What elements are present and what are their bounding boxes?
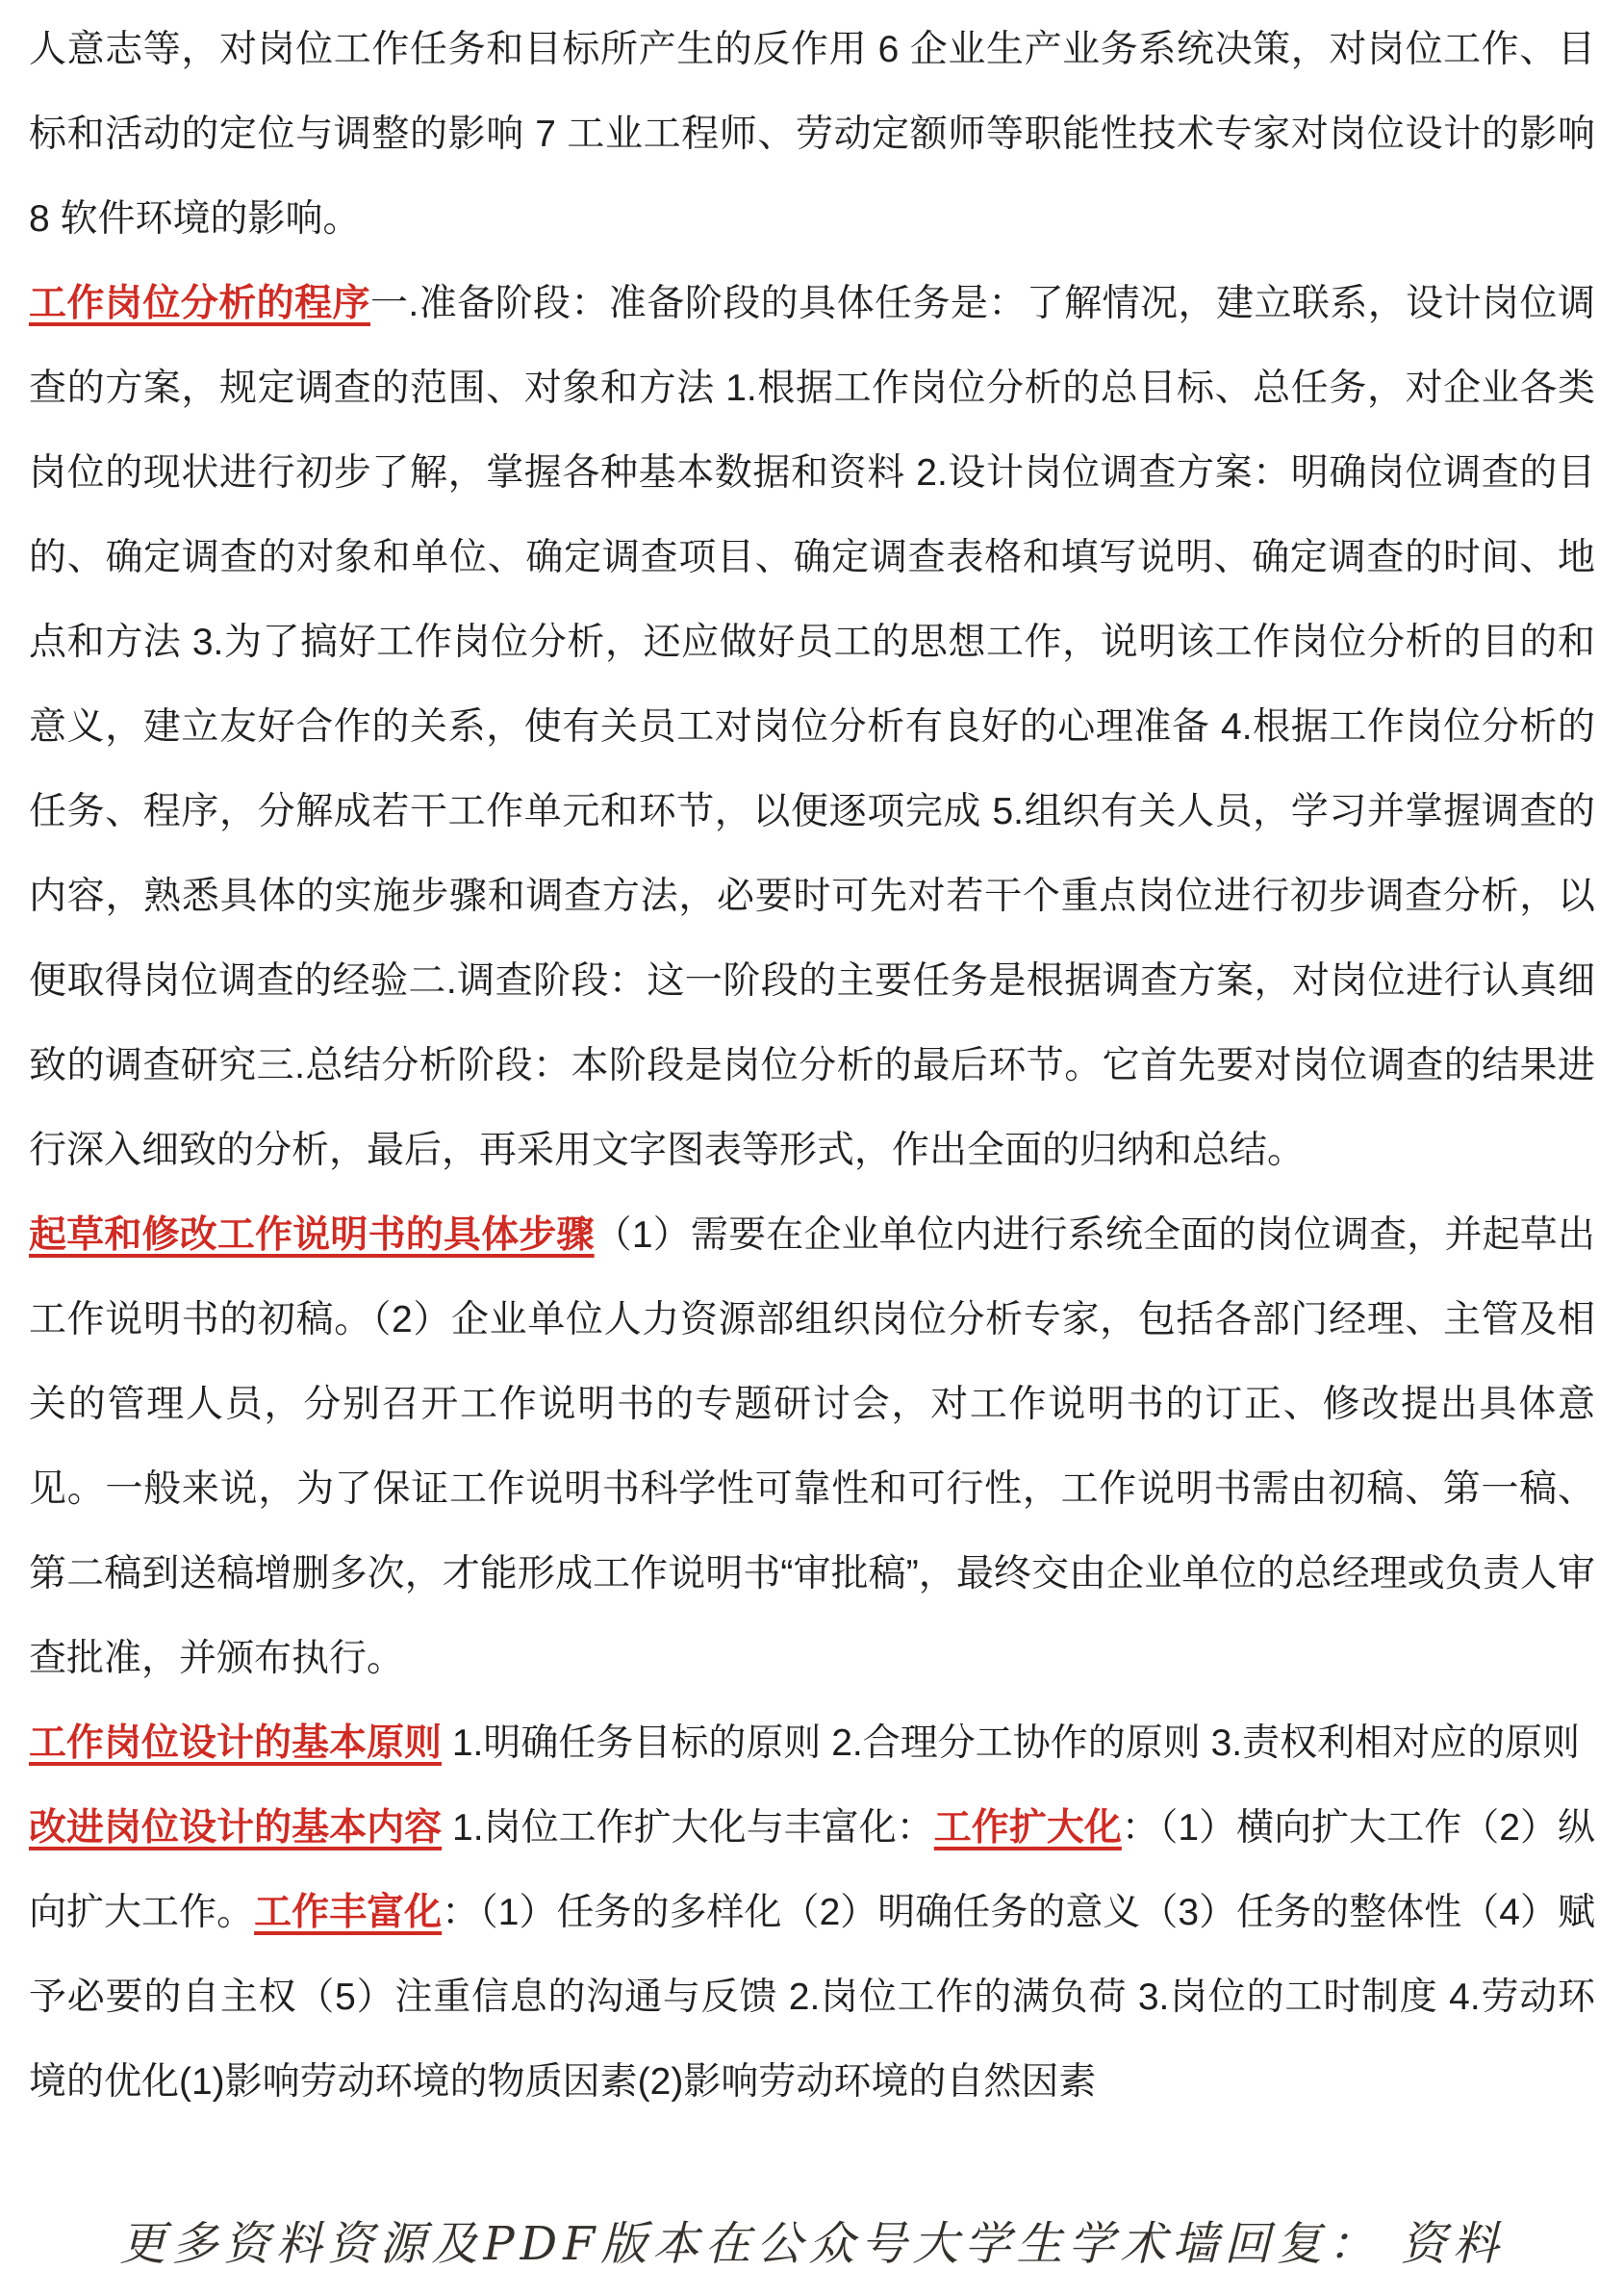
red-term: 工作丰富化 [254, 1892, 442, 1933]
text-segment: 一.准备阶段：准备阶段的具体任务是：了解情况，建立联系，设计岗位调查的方案，规定… [29, 283, 1595, 1171]
paragraph: 人意志等，对岗位工作任务和目标所产生的反作用 6 企业生产业务系统决策，对岗位工… [29, 8, 1595, 262]
text-segment: 1.明确任务目标的原则 2.合理分工协作的原则 3.责权利相对应的原则 [442, 1722, 1580, 1764]
footer-text: 更多资料资源及PDF版本在公众号大学生学术墙回复： 资料 [119, 2217, 1504, 2271]
text-segment: 人意志等，对岗位工作任务和目标所产生的反作用 6 企业生产业务系统决策，对岗位工… [29, 29, 1595, 240]
paragraph: 工作岗位分析的程序一.准备阶段：准备阶段的具体任务是：了解情况，建立联系，设计岗… [29, 262, 1595, 1193]
text-segment: 1.岗位工作扩大化与丰富化： [442, 1807, 934, 1849]
red-heading: 改进岗位设计的基本内容 [29, 1807, 442, 1849]
paragraph: 改进岗位设计的基本内容 1.岗位工作扩大化与丰富化：工作扩大化：（1）横向扩大工… [29, 1786, 1595, 2125]
document-body: 人意志等，对岗位工作任务和目标所产生的反作用 6 企业生产业务系统决策，对岗位工… [0, 0, 1624, 2167]
text-segment: （1）需要在企业单位内进行系统全面的岗位调查，并起草出工作说明书的初稿。（2）企… [29, 1214, 1595, 1679]
red-heading: 起草和修改工作说明书的具体步骤 [29, 1214, 595, 1256]
red-heading: 工作岗位设计的基本原则 [29, 1722, 442, 1764]
paragraph: 工作岗位设计的基本原则 1.明确任务目标的原则 2.合理分工协作的原则 3.责权… [29, 1701, 1595, 1786]
red-heading: 工作岗位分析的程序 [29, 283, 370, 324]
footer-watermark: 更多资料资源及PDF版本在公众号大学生学术墙回复： 资料 [0, 2209, 1624, 2279]
red-term: 工作扩大化 [934, 1807, 1122, 1849]
document-page: 人意志等，对岗位工作任务和目标所产生的反作用 6 企业生产业务系统决策，对岗位工… [0, 0, 1624, 2296]
paragraph: 起草和修改工作说明书的具体步骤（1）需要在企业单位内进行系统全面的岗位调查，并起… [29, 1193, 1595, 1701]
